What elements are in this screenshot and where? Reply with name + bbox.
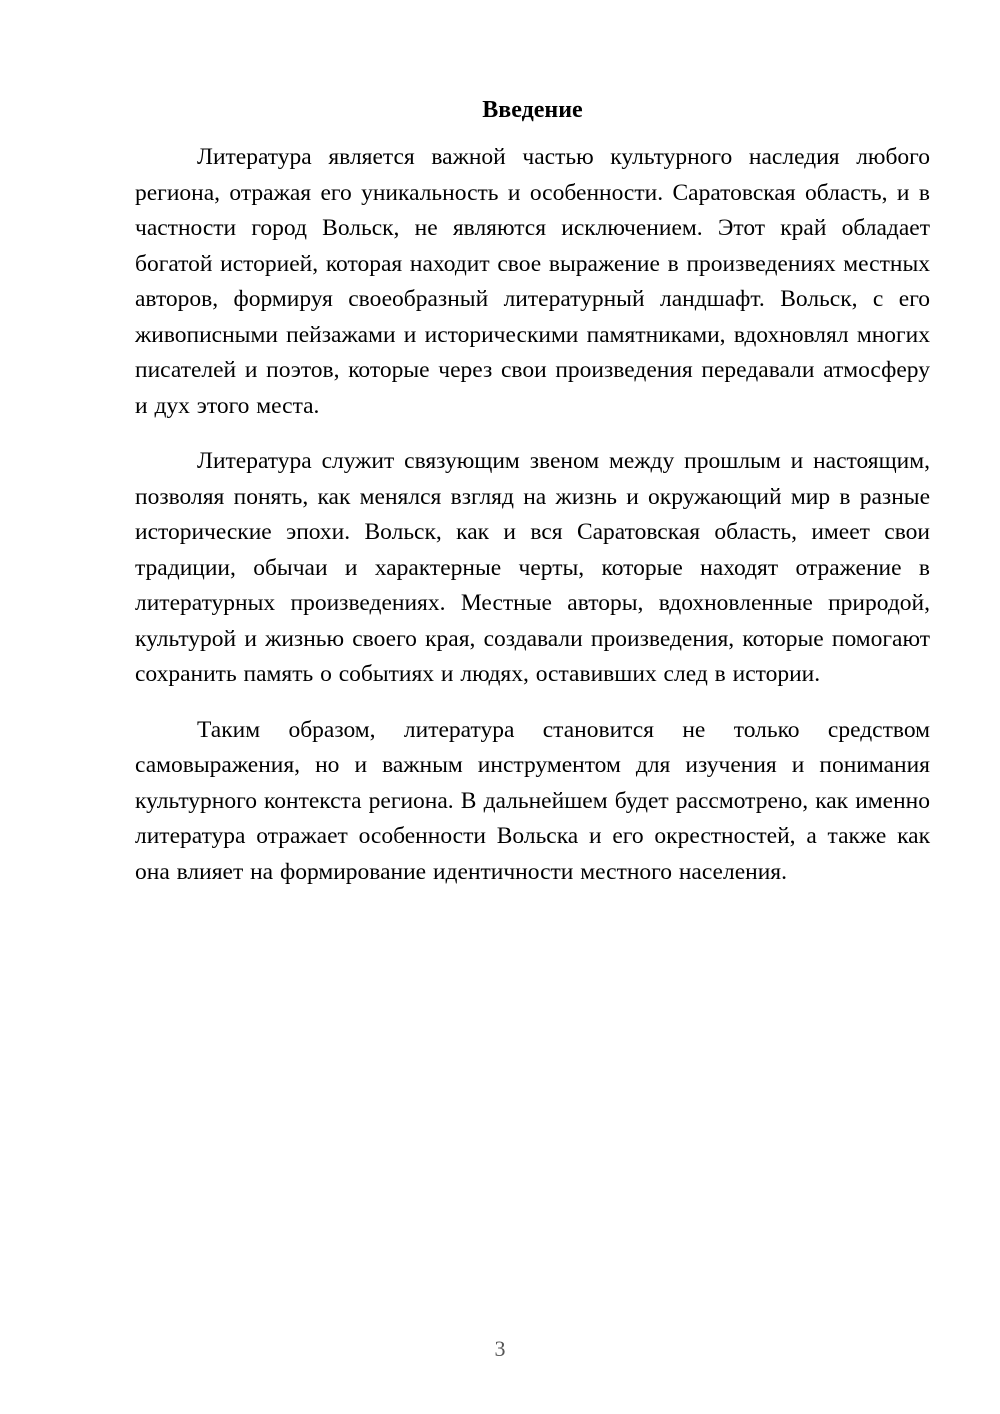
document-page: Введение Литература является важной част… <box>0 0 1000 1414</box>
paragraph-intro-3: Таким образом, литература становится не … <box>135 713 930 891</box>
section-title: Введение <box>135 96 930 124</box>
page-number: 3 <box>0 1336 1000 1362</box>
paragraph-intro-1: Литература является важной частью культу… <box>135 140 930 424</box>
paragraph-intro-2: Литература служит связующим звеном между… <box>135 444 930 693</box>
